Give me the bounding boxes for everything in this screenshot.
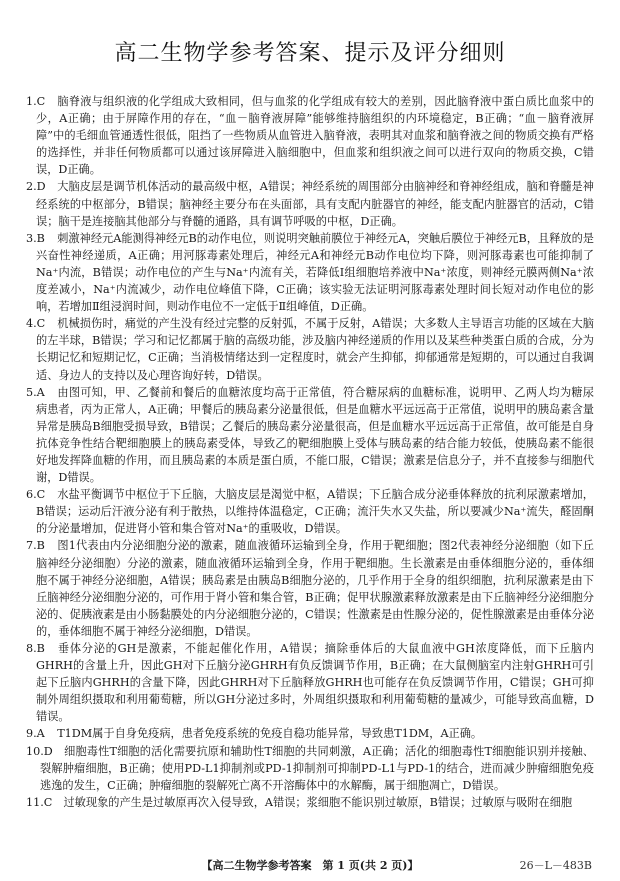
answer-number: 1.C (26, 93, 46, 110)
answer-item-1: 1.C 脑脊液与组织液的化学组成大致相同，但与血浆的化学组成有较大的差别，因此脑… (26, 93, 594, 178)
answer-number: 2.D (26, 178, 46, 195)
answer-number: 7.B (26, 537, 46, 554)
answer-text: 细胞毒性T细胞的活化需要抗原和辅助性T细胞的共同刺激，A正确；活化的细胞毒性T细… (40, 745, 594, 792)
answer-number: 3.B (26, 230, 46, 247)
footer-doc-code: 26－L－483B (520, 857, 592, 873)
answer-text: 刺激神经元A能测得神经元B的动作电位，则说明突触前膜位于神经元A，突触后膜位于神… (36, 232, 594, 313)
answer-number: 9.A (26, 725, 46, 742)
answer-number: 5.A (26, 384, 46, 401)
answer-item-4: 4.C 机械损伤时，痛觉的产生没有经过完整的反射弧，不属于反射，A错误；大多数人… (26, 315, 594, 383)
answer-item-8: 8.B 垂体分泌的GH是激素，不能起催化作用，A错误；摘除垂体后的大鼠血液中GH… (26, 640, 594, 725)
answer-number: 6.C (26, 486, 46, 503)
answer-text: 由图可知，甲、乙餐前和餐后的血糖浓度均高于正常值，符合糖尿病的血糖标准，说明甲、… (36, 386, 594, 484)
answer-list: 1.C 脑脊液与组织液的化学组成大致相同，但与血浆的化学组成有较大的差别，因此脑… (26, 93, 594, 811)
answer-number: 4.C (26, 315, 46, 332)
answer-number: 8.B (26, 640, 46, 657)
answer-text: 大脑皮层是调节机体活动的最高级中枢，A错误；神经系统的周围部分由脑神经和脊神经组… (36, 180, 594, 227)
answer-text: 垂体分泌的GH是激素，不能起催化作用，A错误；摘除垂体后的大鼠血液中GH浓度降低… (36, 642, 594, 723)
answer-number: 11.C (26, 794, 52, 811)
answer-item-3: 3.B 刺激神经元A能测得神经元B的动作电位，则说明突触前膜位于神经元A，突触后… (26, 230, 594, 315)
answer-text: 图1代表由内分泌细胞分泌的激素，随血液循环运输到全身，作用于靶细胞；图2代表神经… (36, 539, 594, 637)
answer-number: 10.D (26, 743, 53, 760)
answer-text: 脑脊液与组织液的化学组成大致相同，但与血浆的化学组成有较大的差别，因此脑脊液中蛋… (36, 95, 594, 176)
answer-item-7: 7.B 图1代表由内分泌细胞分泌的激素，随血液循环运输到全身，作用于靶细胞；图2… (26, 537, 594, 640)
answer-item-11: 11.C 过敏现象的产生是过敏原再次入侵导致，A错误；浆细胞不能识别过敏原，B错… (26, 794, 594, 811)
answer-text: 过敏现象的产生是过敏原再次入侵导致，A错误；浆细胞不能识别过敏原，B错误；过敏原… (64, 796, 573, 809)
answer-text: 水盐平衡调节中枢位于下丘脑，大脑皮层是渴觉中枢，A错误；下丘脑合成分泌垂体释放的… (36, 488, 594, 535)
answer-text: 机械损伤时，痛觉的产生没有经过完整的反射弧，不属于反射，A错误；大多数人主导语言… (36, 317, 594, 381)
answer-item-9: 9.A T1DM属于自身免疫病，患者免疫系统的免疫自稳功能异常，导致患T1DM，… (26, 725, 594, 742)
answer-item-6: 6.C 水盐平衡调节中枢位于下丘脑，大脑皮层是渴觉中枢，A错误；下丘脑合成分泌垂… (26, 486, 594, 537)
answer-text: T1DM属于自身免疫病，患者免疫系统的免疫自稳功能异常，导致患T1DM，A正确。 (57, 727, 482, 740)
answer-item-2: 2.D 大脑皮层是调节机体活动的最高级中枢，A错误；神经系统的周围部分由脑神经和… (26, 178, 594, 229)
footer-page-info: 【高二生物学参考答案 第 1 页(共 2 页)】 (180, 857, 440, 873)
answer-item-5: 5.A 由图可知，甲、乙餐前和餐后的血糖浓度均高于正常值，符合糖尿病的血糖标准，… (26, 384, 594, 487)
page-title: 高二生物学参考答案、提示及评分细则 (0, 36, 620, 67)
answer-item-10: 10.D 细胞毒性T细胞的活化需要抗原和辅助性T细胞的共同刺激，A正确；活化的细… (26, 743, 594, 794)
